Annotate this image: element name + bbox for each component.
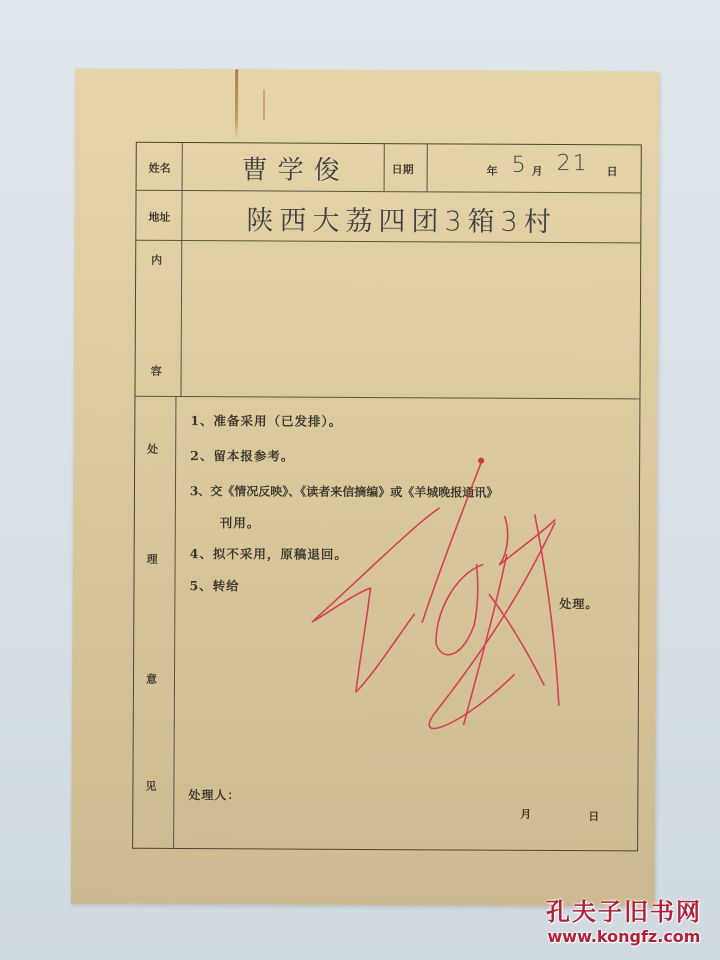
document-paper: 姓名 曹学俊 日期 年 5 月 21 日 地址 陕西大荔四团3箱3村 内 容 处…: [71, 68, 659, 906]
fold-crease: [235, 69, 238, 139]
reader-letter-form: 姓名 曹学俊 日期 年 5 月 21 日 地址 陕西大荔四团3箱3村 内 容 处…: [132, 142, 642, 852]
fold-crease-secondary: [263, 89, 265, 119]
site-watermark: 孔夫子旧书网 www.kongfz.com: [546, 892, 702, 946]
red-signature-icon: [133, 143, 641, 851]
watermark-title: 孔夫子旧书网: [546, 892, 702, 927]
watermark-url: www.kongfz.com: [546, 927, 702, 946]
